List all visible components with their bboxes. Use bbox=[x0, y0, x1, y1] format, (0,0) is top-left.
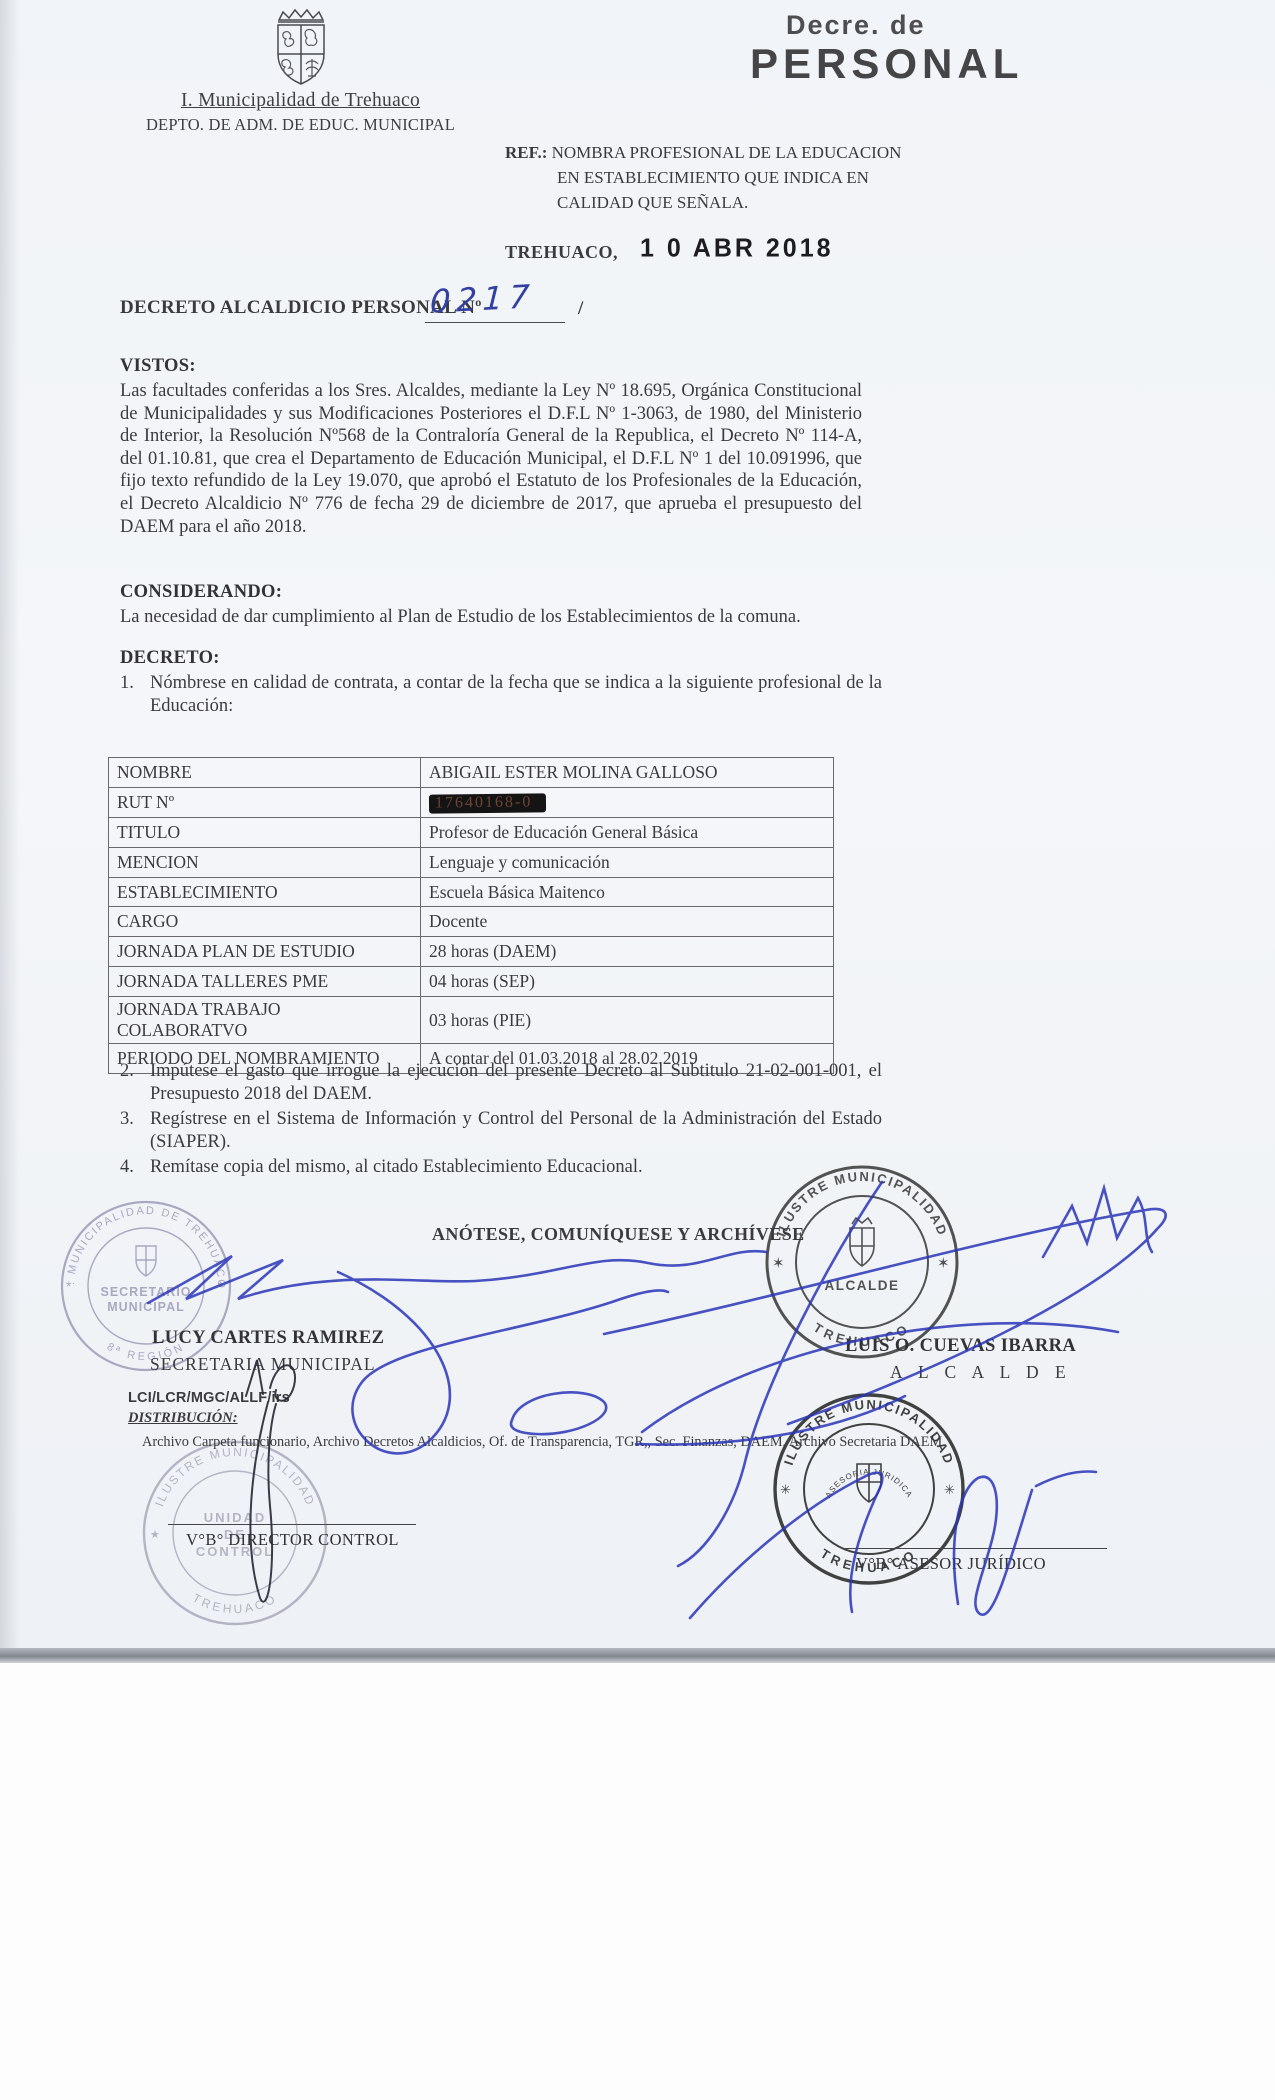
vistos-heading: VISTOS: bbox=[120, 356, 196, 377]
stamp-ring-text: I. MUNICIPALIDAD DE TREHUACO bbox=[58, 1198, 227, 1290]
vb-juridico-label: V°B° ASESOR JURÍDICO bbox=[856, 1554, 1046, 1574]
reference-block: REF.: NOMBRA PROFESIONAL DE LA EDUCACION… bbox=[505, 140, 935, 215]
item-text: Nómbrese en calidad de contrata, a conta… bbox=[150, 672, 882, 717]
ref-line3: CALIDAD QUE SEÑALA. bbox=[557, 190, 935, 215]
row-value: ABIGAIL ESTER MOLINA GALLOSO bbox=[421, 758, 834, 788]
vistos-body: Las facultades conferidas a los Sres. Al… bbox=[120, 380, 862, 538]
table-row: JORNADA TRABAJO COLABORATVO03 horas (PIE… bbox=[109, 997, 834, 1044]
row-label: JORNADA TALLERES PME bbox=[109, 967, 421, 997]
ref-line2: EN ESTABLECIMIENTO QUE INDICA EN bbox=[557, 165, 935, 190]
vb-juridico-line bbox=[845, 1548, 1107, 1549]
considerando-heading: CONSIDERANDO: bbox=[120, 582, 282, 603]
secretary-name: LUCY CARTES RAMIREZ bbox=[152, 1328, 384, 1349]
decree-slash: / bbox=[578, 298, 583, 320]
stamp-star: ✳ bbox=[944, 1482, 955, 1497]
table-row: MENCIONLenguaje y comunicación bbox=[109, 847, 834, 877]
row-label: ESTABLECIMIENTO bbox=[109, 877, 421, 907]
table-row: ESTABLECIMIENTOEscuela Básica Maitenco bbox=[109, 877, 834, 907]
row-label: RUT Nº bbox=[109, 787, 421, 817]
row-value: 03 horas (PIE) bbox=[421, 997, 834, 1044]
stamp-star: ✶ bbox=[937, 1255, 950, 1272]
department-name: DEPTO. DE ADM. DE EDUC. MUNICIPAL bbox=[128, 115, 473, 135]
row-value: Lenguaje y comunicación bbox=[421, 847, 834, 877]
row-label: JORNADA PLAN DE ESTUDIO bbox=[109, 937, 421, 967]
item-number: 4. bbox=[120, 1156, 150, 1179]
stamp-top-text: ILUSTRE MUNICIPALIDAD bbox=[152, 1445, 318, 1509]
vb-control-line bbox=[168, 1524, 416, 1525]
table-row: JORNADA TALLERES PME04 horas (SEP) bbox=[109, 967, 834, 997]
row-value: Docente bbox=[421, 907, 834, 937]
row-value: Escuela Básica Maitenco bbox=[421, 877, 834, 907]
stamp-star: ✶ bbox=[772, 1255, 785, 1272]
municipality-name: I. Municipalidad de Trehuaco bbox=[128, 90, 473, 112]
stamp-center-text: SECRETARIO bbox=[100, 1285, 191, 1299]
stamp-center-text: ALCALDE bbox=[825, 1278, 900, 1293]
stamp-center-text: UNIDAD bbox=[204, 1510, 267, 1525]
stamp-center-text: MUNICIPAL bbox=[107, 1300, 185, 1314]
stamp-top-text: ILUSTRE MUNICIPALIDAD bbox=[781, 1397, 957, 1467]
ref-line1: NOMBRA PROFESIONAL DE LA EDUCACION bbox=[552, 143, 902, 162]
item-number: 1. bbox=[120, 672, 150, 717]
doc-type-stamp-line2: PERSONAL bbox=[750, 40, 1023, 88]
item-number: 3. bbox=[120, 1108, 150, 1153]
distribution-label: DISTRIBUCIÓN: bbox=[128, 1410, 238, 1427]
ref-label: REF.: bbox=[505, 143, 547, 162]
scan-edge-shadow bbox=[0, 1648, 1275, 1663]
stamp-star: ✳ bbox=[780, 1482, 791, 1497]
closing-formula: ANÓTESE, COMUNÍQUESE Y ARCHÍVESE bbox=[432, 1224, 805, 1245]
distribution-text: Archivo Carpeta funcionario, Archivo Dec… bbox=[142, 1434, 1202, 1451]
svg-text:I. MUNICIPALIDAD DE TREHUACO: I. MUNICIPALIDAD DE TREHUACO bbox=[58, 1198, 227, 1290]
decree-number-underline bbox=[425, 322, 565, 323]
table-row: JORNADA PLAN DE ESTUDIO28 horas (DAEM) bbox=[109, 937, 834, 967]
table-row: RUT Nº17640168-0 bbox=[109, 787, 834, 817]
decree-item-2: 2. Impútese el gasto que irrogue la ejec… bbox=[120, 1060, 882, 1105]
coat-of-arms-icon bbox=[265, 6, 337, 90]
appointment-table: NOMBREABIGAIL ESTER MOLINA GALLOSO RUT N… bbox=[108, 757, 834, 1074]
stamp-star: ★ bbox=[150, 1529, 160, 1541]
table-row: TITULOProfesor de Educación General Bási… bbox=[109, 817, 834, 847]
row-label: TITULO bbox=[109, 817, 421, 847]
handwritten-decree-number: 0217 bbox=[429, 277, 536, 321]
item-text: Impútese el gasto que irrogue la ejecuci… bbox=[150, 1060, 882, 1105]
letterhead: I. Municipalidad de Trehuaco DEPTO. DE A… bbox=[128, 6, 473, 135]
row-value: 04 horas (SEP) bbox=[421, 967, 834, 997]
mayor-round-stamp: ILUSTRE MUNICIPALIDAD TREHUACO ✶ ✶ ALCAL… bbox=[762, 1162, 962, 1362]
considerando-body: La necesidad de dar cumplimiento al Plan… bbox=[120, 606, 890, 629]
responsibility-initials: LCI/LCR/MGC/ALLF/irs bbox=[128, 1390, 290, 1406]
vb-control-label: V°B° DIRECTOR CONTROL bbox=[186, 1530, 399, 1550]
decree-item-3: 3. Regístrese en el Sistema de Informaci… bbox=[120, 1108, 882, 1153]
row-label: CARGO bbox=[109, 907, 421, 937]
secretary-title: SECRETARIA MUNICIPAL bbox=[150, 1354, 376, 1375]
row-value: Profesor de Educación General Básica bbox=[421, 817, 834, 847]
item-text: Remítase copia del mismo, al citado Esta… bbox=[150, 1156, 643, 1179]
item-text: Regístrese en el Sistema de Información … bbox=[150, 1108, 882, 1153]
row-label: NOMBRE bbox=[109, 758, 421, 788]
row-label: MENCION bbox=[109, 847, 421, 877]
doc-type-stamp-line1: Decre. de bbox=[786, 10, 926, 41]
redacted-rut-value: 17640168-0 bbox=[429, 794, 547, 814]
mayor-name: LUIS O. CUEVAS IBARRA bbox=[845, 1336, 1076, 1357]
table-row: NOMBREABIGAIL ESTER MOLINA GALLOSO bbox=[109, 758, 834, 788]
stamp-star: * bbox=[66, 1278, 72, 1294]
stamp-star: * bbox=[218, 1278, 224, 1294]
decree-number-label: DECRETO ALCALDICIO PERSONAL Nº bbox=[120, 297, 482, 319]
city-label: TREHUACO, bbox=[505, 242, 618, 263]
item-number: 2. bbox=[120, 1060, 150, 1105]
row-value: 17640168-0 bbox=[421, 787, 834, 817]
row-value: 28 horas (DAEM) bbox=[421, 937, 834, 967]
svg-text:ILUSTRE MUNICIPALIDAD: ILUSTRE MUNICIPALIDAD bbox=[781, 1397, 957, 1467]
mayor-title: A L C A L D E bbox=[890, 1362, 1072, 1383]
decreto-heading: DECRETO: bbox=[120, 648, 220, 669]
svg-text:ILUSTRE MUNICIPALIDAD: ILUSTRE MUNICIPALIDAD bbox=[152, 1445, 318, 1509]
table-row: CARGODocente bbox=[109, 907, 834, 937]
decreto-item-1: 1. Nómbrese en calidad de contrata, a co… bbox=[120, 672, 882, 717]
date-stamp: 1 0 ABR 2018 bbox=[640, 233, 834, 263]
scanned-decree-page: I. Municipalidad de Trehuaco DEPTO. DE A… bbox=[0, 0, 1275, 2100]
row-label: JORNADA TRABAJO COLABORATVO bbox=[109, 997, 421, 1044]
